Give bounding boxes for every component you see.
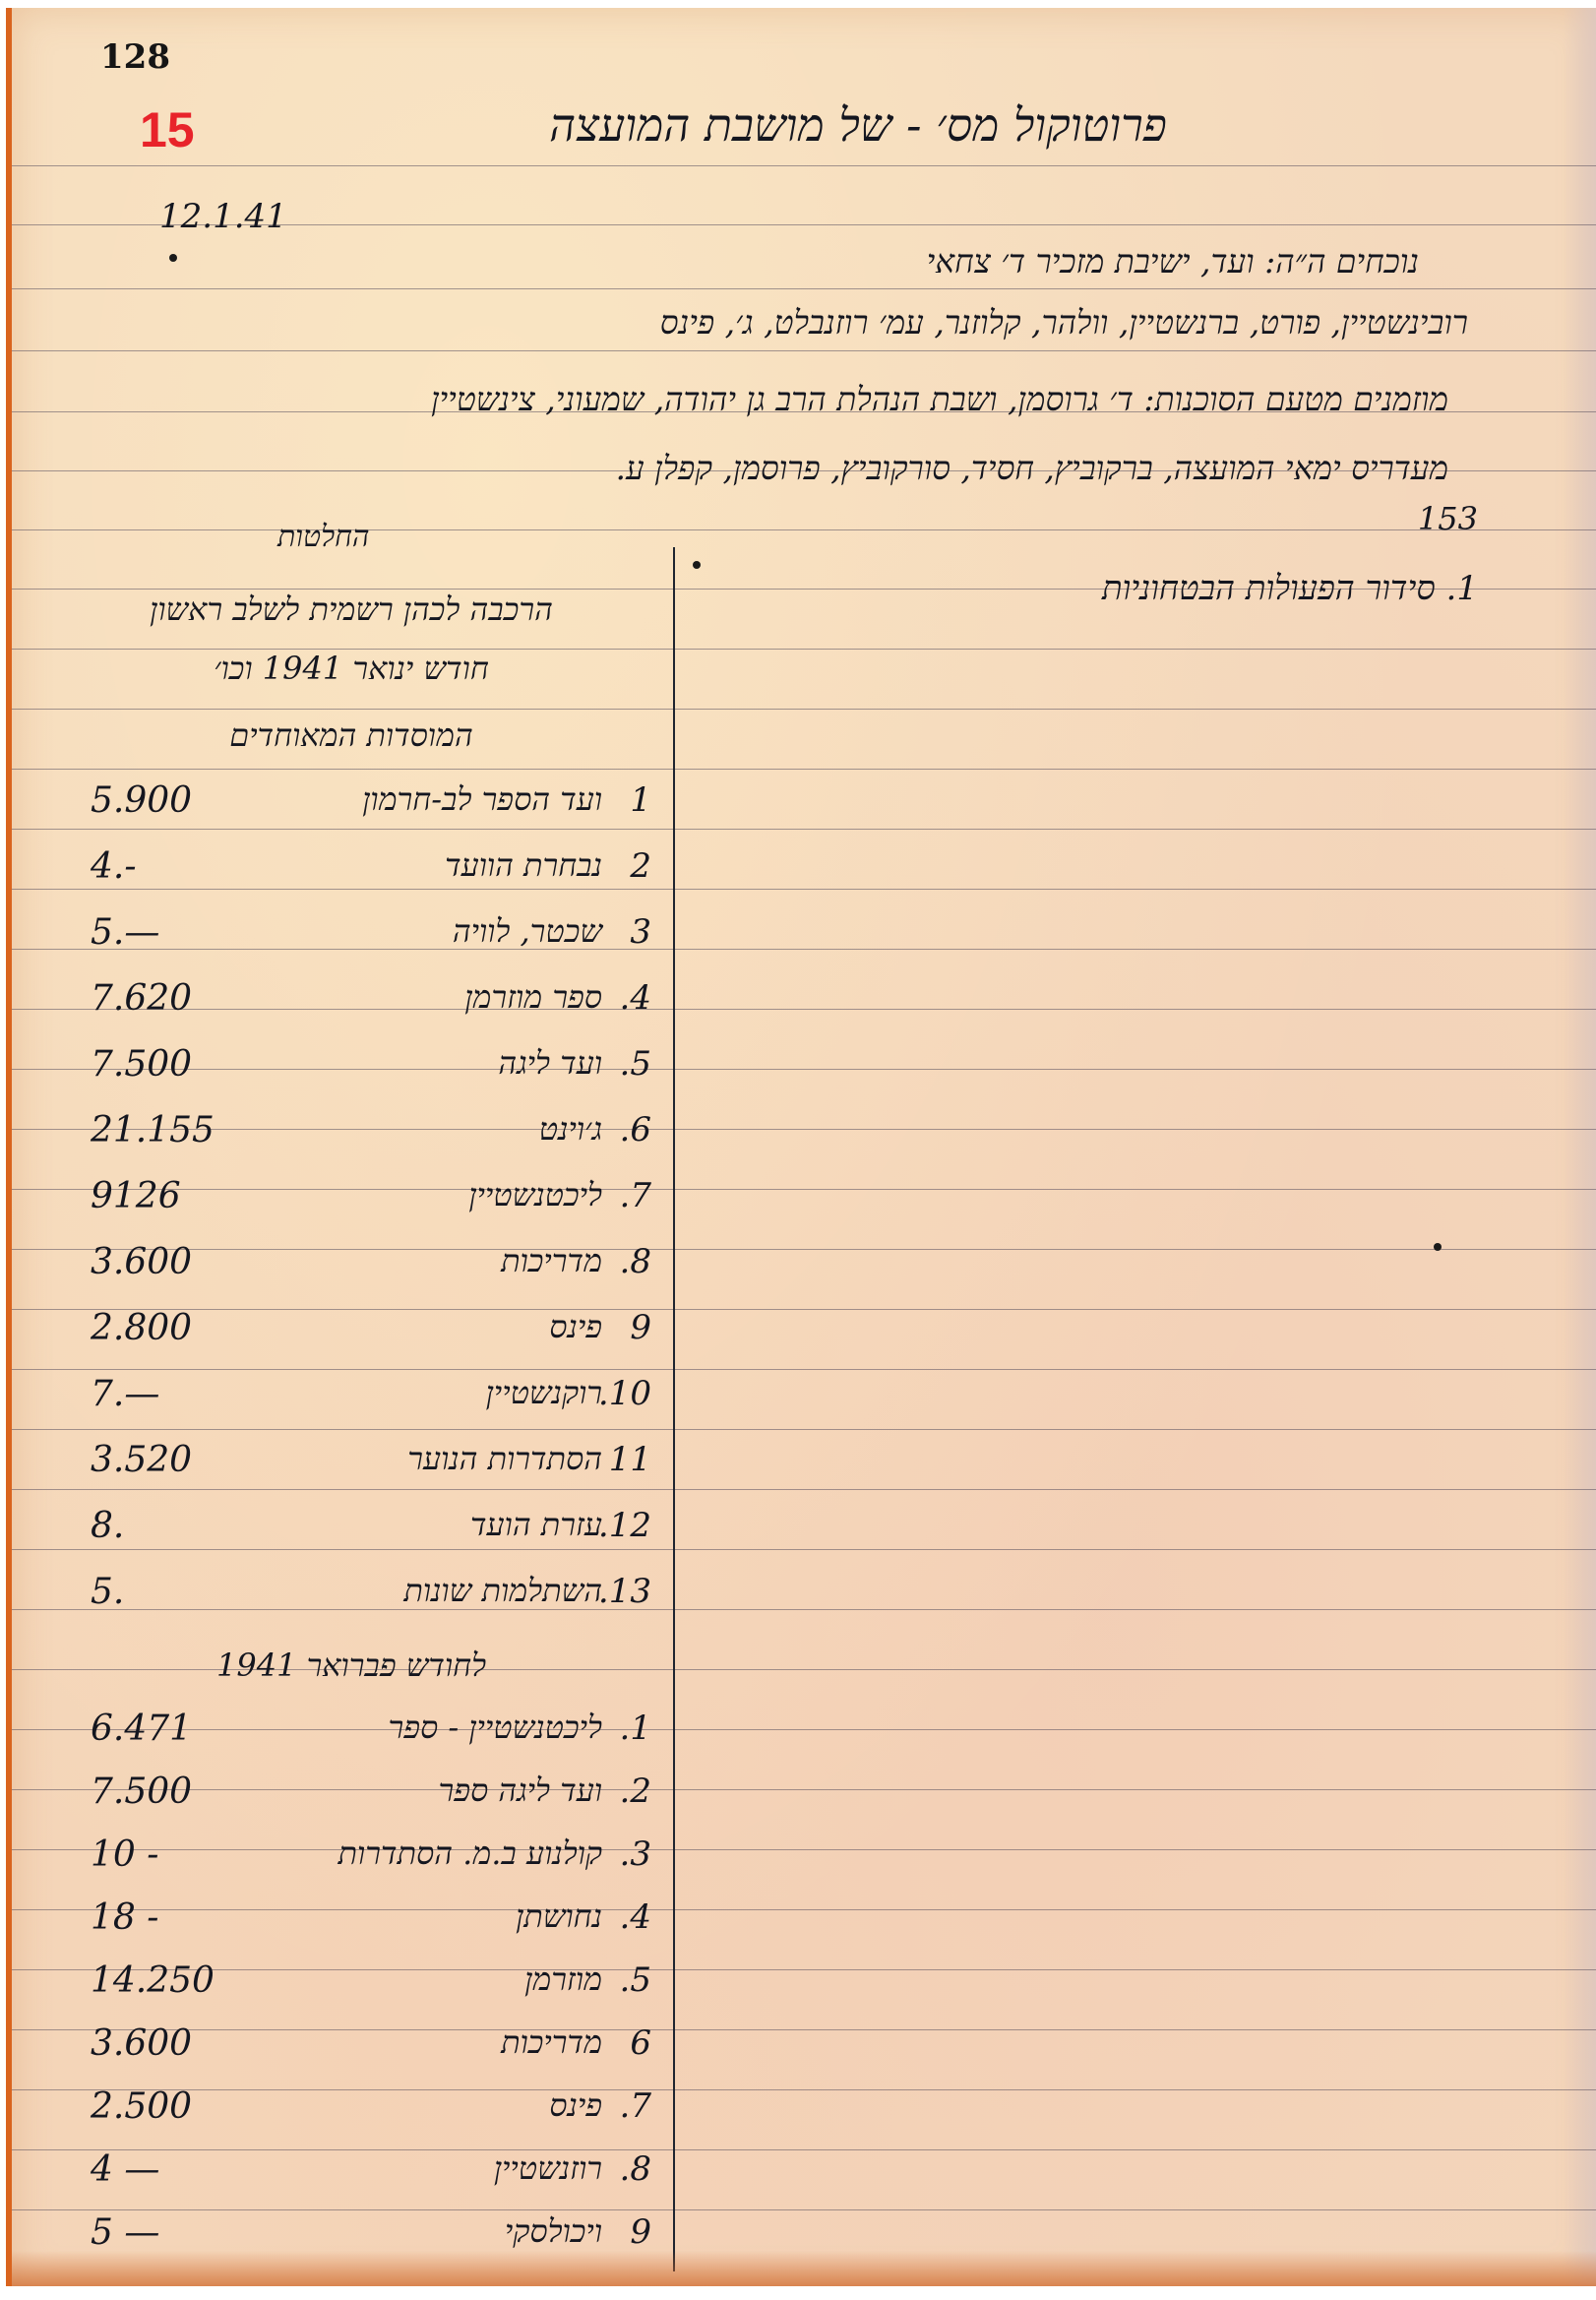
item-index: 1 xyxy=(630,780,651,820)
item-name: ליכטנשטיין xyxy=(468,1176,602,1213)
archive-page-number: 128 xyxy=(100,37,170,77)
item-name: השתלמות שונות xyxy=(403,1572,602,1609)
item-name: ועד הספר לב-חרמון xyxy=(362,780,602,818)
item-index: 9 xyxy=(630,1308,651,1347)
item-index: 2. xyxy=(620,1772,651,1811)
item-name: נבחרת הוועד xyxy=(445,846,602,884)
item-amount: 21.155 xyxy=(91,1110,215,1150)
column-divider xyxy=(673,547,675,2271)
item-amount: 7.— xyxy=(91,1374,159,1414)
item-index: 7. xyxy=(620,2086,651,2126)
list-item: 9פינס2.800 xyxy=(71,1308,651,1367)
item-index: 7. xyxy=(620,1176,651,1215)
item-index: 4. xyxy=(620,978,651,1018)
ruled-line xyxy=(12,350,1596,351)
item-index: 10. xyxy=(598,1374,651,1413)
agenda-item-index: 1. xyxy=(1446,569,1478,608)
list-item: 4.ספר מוזרמן7.620 xyxy=(71,978,651,1037)
item-index: 4. xyxy=(620,1897,651,1937)
item-name: מדריכות xyxy=(501,2023,602,2061)
list-item: 8.רוזנשטיין4 — xyxy=(71,2149,651,2208)
item-index: 3. xyxy=(620,1834,651,1874)
ink-dot xyxy=(693,561,701,569)
item-amount: 5. xyxy=(91,1572,124,1612)
item-amount: 3.600 xyxy=(91,1242,192,1282)
item-amount: 3.520 xyxy=(91,1440,192,1480)
list-item: 3.קולנוע ב.מ. הסתדרות10 - xyxy=(71,1834,651,1894)
ruled-line xyxy=(12,1369,1596,1370)
item-index: 6 xyxy=(630,2023,651,2063)
item-index: 11 xyxy=(609,1440,651,1479)
ruled-line xyxy=(12,709,1596,710)
item-name: רוקנשטיין xyxy=(486,1374,602,1411)
february-heading: לחודש פברואר 1941 xyxy=(71,1647,632,1684)
item-amount: 6.471 xyxy=(91,1709,192,1749)
ruled-line xyxy=(12,529,1596,530)
item-name: פינס xyxy=(549,2086,602,2124)
list-item: 9ויכולסקי5 — xyxy=(71,2212,651,2271)
attendance-line-2: רובינשטיין, פורט, ברנשטיין, וולהר, קלוזנ… xyxy=(660,303,1468,342)
item-amount: 14.250 xyxy=(91,1960,215,2001)
item-name: שכטר, לוויה xyxy=(453,912,602,950)
list-item: 6מדריכות3.600 xyxy=(71,2023,651,2082)
item-name: הסתדרות הנוער xyxy=(407,1440,602,1477)
item-name: רוזנשטיין xyxy=(494,2149,602,2187)
red-page-annotation: 15 xyxy=(140,101,195,158)
item-name: ליכטנשטיין - ספר xyxy=(389,1709,603,1746)
item-amount: 2.800 xyxy=(91,1308,192,1348)
item-amount: 5.— xyxy=(91,912,159,953)
list-item: 13.השתלמות שונות5. xyxy=(71,1572,651,1631)
list-item: 2.ועד ליגה ספר7.500 xyxy=(71,1772,651,1831)
item-index: 8. xyxy=(620,2149,651,2189)
item-amount: 8. xyxy=(91,1506,124,1546)
attendance-line-4: מעדריס ימאי המועצה, ברקוביץ, חסיד, סורקו… xyxy=(616,449,1448,488)
list-item: 7.ליכטנשטיין9126 xyxy=(71,1176,651,1235)
ruled-line xyxy=(12,2209,1596,2210)
ruled-line xyxy=(12,288,1596,289)
item-name: פינס xyxy=(549,1308,602,1345)
list-item: 4.נחושתן18 - xyxy=(71,1897,651,1957)
attendance-line-3: מוזמנים מטעם הסוכנות: ד׳ גרוסמן, ושבת הנ… xyxy=(431,380,1448,419)
ink-dot xyxy=(169,254,177,262)
list-item: 12.עזרת הועד8. xyxy=(71,1506,651,1565)
item-index: 6. xyxy=(620,1110,651,1150)
item-name: מוזרמן xyxy=(524,1960,602,1998)
item-name: מדריכות xyxy=(501,1242,602,1279)
item-amount: 5 — xyxy=(91,2212,159,2253)
meeting-date: 12.1.41 xyxy=(159,197,287,236)
item-index: 3 xyxy=(630,912,651,952)
item-amount: 7.500 xyxy=(91,1772,192,1812)
list-item: 3שכטר, לוויה5.— xyxy=(71,912,651,971)
item-amount: 7.620 xyxy=(91,978,192,1019)
document-title: פרוטוקול מס׳ - של מושבת המועצה xyxy=(464,98,1252,152)
list-item: 2נבחרת הוועד4.- xyxy=(71,846,651,905)
ruled-line xyxy=(12,165,1596,166)
budget-heading-line-1: הרכבה לכהן רשמית לשלב ראשון xyxy=(71,591,632,628)
item-name: קולנוע ב.מ. הסתדרות xyxy=(338,1834,602,1872)
decisions-label: החלטות xyxy=(277,520,369,554)
list-item: 11הסתדרות הנוער3.520 xyxy=(71,1440,651,1499)
item-name: ויכולסקי xyxy=(505,2212,602,2250)
item-index: 5. xyxy=(620,1960,651,2000)
item-name: ועד ליגה xyxy=(498,1044,602,1082)
list-item: 5.ועד ליגה7.500 xyxy=(71,1044,651,1103)
ruled-line xyxy=(12,769,1596,770)
item-amount: 9126 xyxy=(91,1176,181,1216)
item-index: 8. xyxy=(620,1242,651,1281)
item-index: 12. xyxy=(598,1506,651,1545)
item-name: עזרת הועד xyxy=(470,1506,602,1543)
list-item: 1.ליכטנשטיין - ספר6.471 xyxy=(71,1709,651,1768)
item-index: 1. xyxy=(620,1709,651,1748)
notebook-page: 128 15 פרוטוקול מס׳ - של מושבת המועצה 12… xyxy=(6,8,1596,2286)
list-item: 8.מדריכות3.600 xyxy=(71,1242,651,1301)
margin-note: 153 xyxy=(1418,500,1478,537)
agenda-item-text: סידור הפעולות הבטחוניות xyxy=(1102,569,1436,608)
list-item: 1ועד הספר לב-חרמון5.900 xyxy=(71,780,651,839)
item-name: נחושתן xyxy=(516,1897,602,1935)
list-item: 5.מוזרמן14.250 xyxy=(71,1960,651,2020)
ink-dot xyxy=(1434,1243,1442,1251)
budget-heading-line-2: חודש ינואר 1941 וכו׳ xyxy=(71,650,632,687)
item-name: ועד ליגה ספר xyxy=(438,1772,602,1809)
list-item: 6.ג׳וינט21.155 xyxy=(71,1110,651,1169)
agenda-item: 1. סידור הפעולות הבטחוניות xyxy=(1102,569,1478,608)
item-name: ספר מוזרמן xyxy=(464,978,602,1016)
item-amount: 3.600 xyxy=(91,2023,192,2064)
attendance-line-1: נוכחים ה״ה: ועד, ישיבת מזכיר ד׳ צחאי xyxy=(927,242,1419,281)
item-index: 5. xyxy=(620,1044,651,1084)
item-amount: 10 - xyxy=(91,1834,158,1875)
item-amount: 7.500 xyxy=(91,1044,192,1085)
item-amount: 4.- xyxy=(91,846,137,887)
item-amount: 18 - xyxy=(91,1897,158,1938)
item-name: ג׳וינט xyxy=(539,1110,602,1148)
item-amount: 2.500 xyxy=(91,2086,192,2127)
list-item: 7.פינס2.500 xyxy=(71,2086,651,2145)
item-amount: 4 — xyxy=(91,2149,159,2190)
item-index: 13. xyxy=(598,1572,651,1611)
item-amount: 5.900 xyxy=(91,780,192,821)
item-index: 9 xyxy=(630,2212,651,2252)
budget-heading-line-3: המוסדות המאוחדים xyxy=(71,716,632,754)
item-index: 2 xyxy=(630,846,651,886)
list-item: 10.רוקנשטיין7.— xyxy=(71,1374,651,1433)
